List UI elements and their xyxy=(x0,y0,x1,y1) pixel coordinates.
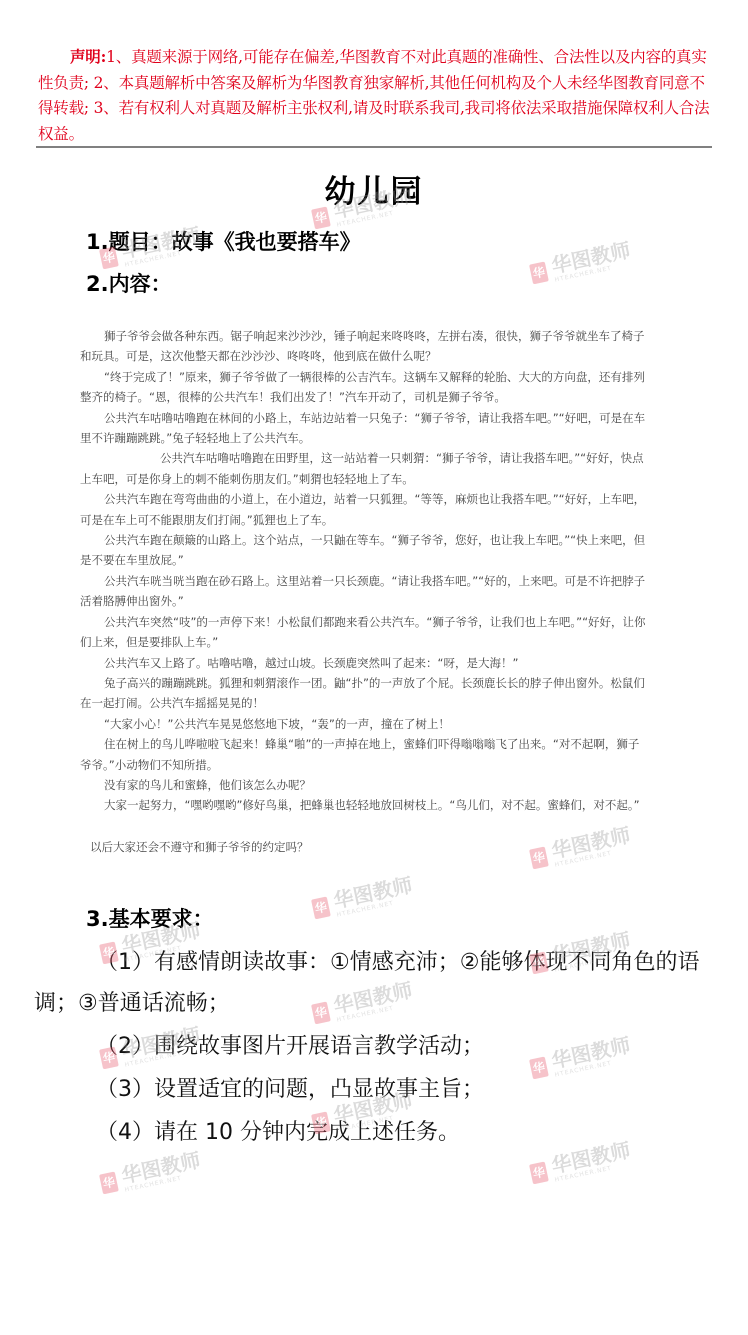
story-question: 以后大家还会不遵守和狮子爷爷的约定吗？ xyxy=(80,837,646,857)
watermark-sub: HTEACHER.NET xyxy=(554,1160,634,1183)
page-title: 幼儿园 xyxy=(0,166,748,211)
section-requirements-heading: 3.基本要求： xyxy=(86,903,214,933)
story-paragraph: “大家小心！”公共汽车晃晃悠悠地下坡，“轰”的一声，撞在了树上！ xyxy=(80,714,646,734)
requirement-item: （3）设置适宜的问题，凸显故事主旨； xyxy=(34,1069,724,1110)
watermark-text: 华图教师 xyxy=(549,238,632,278)
story-paragraph: 公共汽车跑在颠簸的山路上。这个站点，一只鼬在等车。“狮子爷爷，您好，也让我上车吧… xyxy=(80,530,646,571)
watermark: 华华图教师HTEACHER.NET xyxy=(528,240,634,289)
section-content-heading: 2.内容： xyxy=(86,268,172,298)
story-paragraph: 住在树上的鸟儿哗啦啦飞起来！蜂巢“啪”的一声掉在地上，蜜蜂们吓得嗡嗡嗡飞了出来。… xyxy=(80,734,646,775)
requirement-item: （1）有感情朗读故事：①情感充沛；②能够体现不同角色的语调；③普通话流畅； xyxy=(34,942,724,1024)
disclaimer: 声明:1、真题来源于网络,可能存在偏差,华图教育不对此真题的准确性、合法性以及内… xyxy=(38,44,712,147)
watermark-text: 华图教师 xyxy=(331,873,414,913)
story-paragraph: 公共汽车咣当咣当跑在砂石路上。这里站着一只长颈鹿。“请让我搭车吧。”“好的，上来… xyxy=(80,571,646,612)
watermark-logo-icon: 华 xyxy=(311,896,331,919)
section-topic-heading: 1.题目：故事《我也要搭车》 xyxy=(86,226,361,256)
requirement-item: （4）请在 10 分钟内完成上述任务。 xyxy=(34,1112,724,1153)
watermark-sub: HTEACHER.NET xyxy=(336,895,416,918)
story-paragraph: 公共汽车咕噜咕噜跑在林间的小路上，车站边站着一只兔子：“狮子爷爷，请让我搭车吧。… xyxy=(80,408,646,449)
story-paragraph: 公共汽车咕噜咕噜跑在田野里，这一站站着一只刺猬：“狮子爷爷，请让我搭车吧。”“好… xyxy=(80,448,646,489)
story-paragraph: 大家一起努力，“嘿哟嘿哟”修好鸟巢，把蜂巢也轻轻地放回树枝上。“鸟儿们，对不起。… xyxy=(80,795,646,815)
story-paragraph: 没有家的鸟儿和蜜蜂，他们该怎么办呢？ xyxy=(80,775,646,795)
watermark-logo-icon: 华 xyxy=(529,261,549,284)
story-text: 狮子爷爷会做各种东西。锯子响起来沙沙沙，锤子响起来咚咚咚，左拼右凑，很快，狮子爷… xyxy=(80,326,646,857)
watermark-sub: HTEACHER.NET xyxy=(124,1170,204,1193)
disclaimer-lead: 声明: xyxy=(70,47,106,66)
watermark-sub: HTEACHER.NET xyxy=(554,260,634,283)
watermark: 华华图教师HTEACHER.NET xyxy=(310,875,416,924)
watermark-logo-icon: 华 xyxy=(529,1161,549,1184)
watermark-logo-icon: 华 xyxy=(99,1171,119,1194)
story-paragraph: 狮子爷爷会做各种东西。锯子响起来沙沙沙，锤子响起来咚咚咚，左拼右凑，很快，狮子爷… xyxy=(80,326,646,367)
story-paragraph: 公共汽车又上路了。咕噜咕噜，越过山坡。长颈鹿突然叫了起来：“呀，是大海！” xyxy=(80,653,646,673)
story-paragraph: “终于完成了！”原来，狮子爷爷做了一辆很棒的公吉汽车。这辆车又解释的轮胎、大大的… xyxy=(80,367,646,408)
disclaimer-text: 1、真题来源于网络,可能存在偏差,华图教育不对此真题的准确性、合法性以及内容的真… xyxy=(38,48,709,143)
story-paragraph: 公共汽车突然“吱”的一声停下来！小松鼠们都跑来看公共汽车。“狮子爷爷，让我们也上… xyxy=(80,612,646,653)
watermark-text: 华图教师 xyxy=(119,1148,202,1188)
story-paragraph: 兔子高兴的蹦蹦跳跳。狐狸和刺猬滚作一团。鼬“扑”的一声放了个屁。长颈鹿长长的脖子… xyxy=(80,673,646,714)
requirement-item: （2）围绕故事图片开展语言教学活动； xyxy=(34,1026,724,1067)
divider xyxy=(36,146,712,148)
requirements-list: （1）有感情朗读故事：①情感充沛；②能够体现不同角色的语调；③普通话流畅； （2… xyxy=(34,942,724,1153)
story-paragraph: 公共汽车跑在弯弯曲曲的小道上，在小道边，站着一只狐狸。“等等，麻烦也让我搭车吧。… xyxy=(80,489,646,530)
watermark: 华华图教师HTEACHER.NET xyxy=(98,1150,204,1199)
